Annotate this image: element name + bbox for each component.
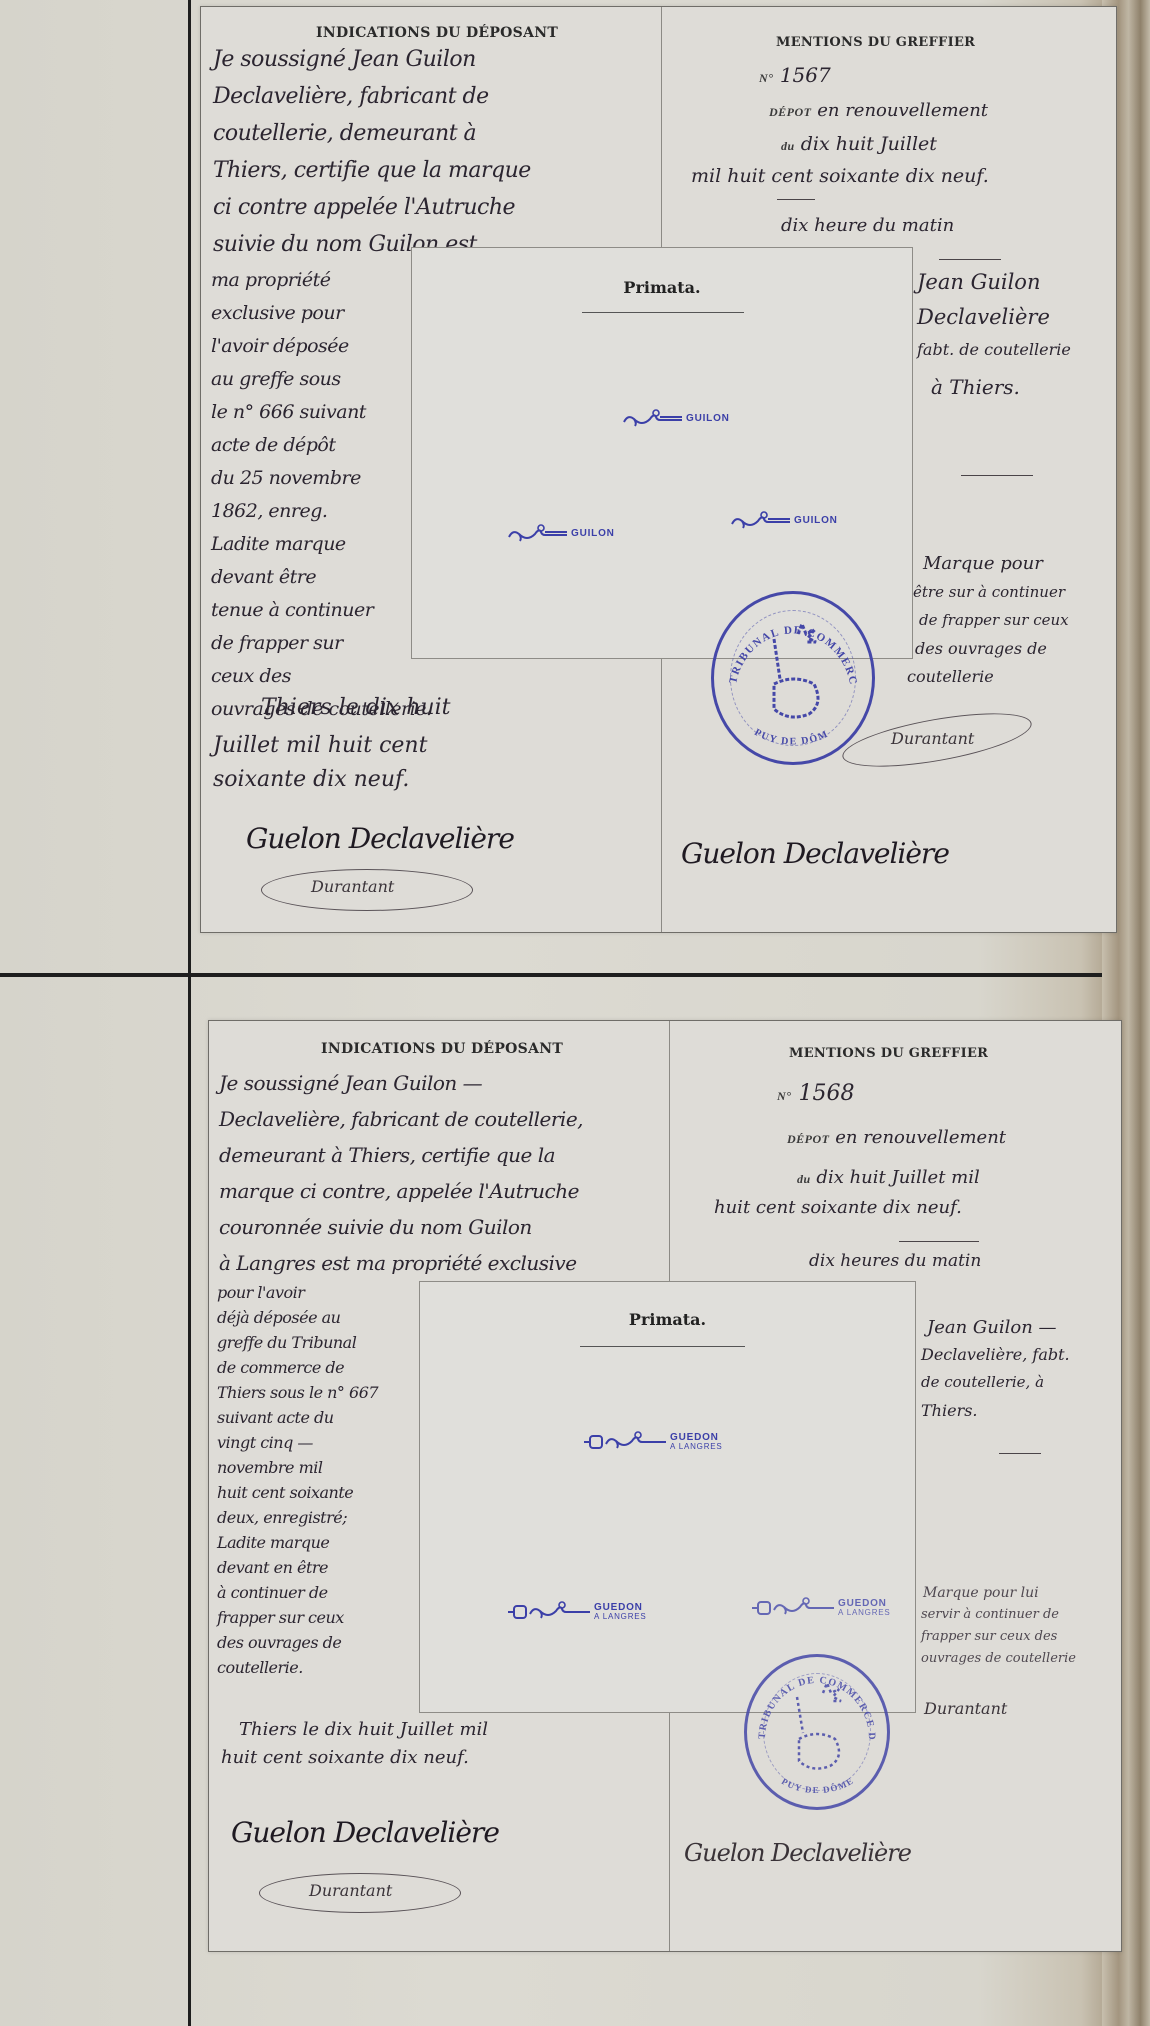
crowned-ostrich-trademark-icon [750, 1596, 836, 1620]
depositor-line: Je soussigné Jean Guilon [213, 47, 531, 84]
separator-rule [999, 1453, 1041, 1454]
place-date-line: soixante dix neuf. [213, 769, 409, 791]
ostrich-trademark-icon [730, 510, 792, 532]
depositor-line: devant être [211, 566, 432, 599]
mark-note-line: coutellerie [907, 669, 994, 685]
depositor-line: devant en être [217, 1558, 378, 1583]
mark-note-line: de frapper sur ceux [919, 613, 1069, 628]
clerk-paraphe: Durantant [924, 1699, 1007, 1718]
depositor-line: novembre mil [217, 1458, 378, 1483]
mark-note-line: ouvrages de coutellerie [921, 1652, 1076, 1665]
trademark-impression: GUILON [730, 510, 838, 532]
separator-rule [777, 199, 815, 200]
deposit-time: dix heures du matin [809, 1253, 981, 1270]
trademark-text: GUILON [794, 516, 838, 526]
trademark-text: GUILON [686, 414, 730, 424]
depositor-line: Ladite marque [217, 1533, 378, 1558]
place-date-line: Thiers le dix huit Juillet mil [239, 1721, 488, 1739]
depositor-line: Thiers, certifie que la marque [213, 158, 531, 195]
trademark-impression: GUILON [507, 523, 615, 545]
depositor-line: demeurant à Thiers, certifie que la [219, 1143, 583, 1179]
seal-liberty-figure-icon: TRIBUNAL DE COMMERCE DE THIERS PUY DE DÔ… [747, 1657, 887, 1807]
depositor-line: 1862, enreg. [211, 500, 432, 533]
deposit-type: en renouvellement [817, 100, 988, 121]
depositor-text-top: Je soussigné Jean Guilon Declavelière, f… [213, 47, 531, 269]
clerk-paraphe: Durantant [891, 729, 974, 748]
primata-title: Primata. [412, 278, 912, 297]
trademark-impression: GUILON [622, 408, 730, 430]
tribunal-seal: TRIBUNAL DE COMMERCE DE THIERS PUY DE DÔ… [744, 1654, 890, 1810]
ostrich-trademark-icon [507, 523, 569, 545]
deposit-form-1567: INDICATIONS DU DÉPOSANT MENTIONS DU GREF… [200, 6, 1117, 933]
depositor-line: Ladite marque [211, 533, 432, 566]
date-label: du [781, 139, 795, 153]
depositor-line: de commerce de [217, 1358, 378, 1383]
seal-text-top: TRIBUNAL DE COMMERCE DE THIERS [714, 594, 859, 687]
depositor-text-narrow: pour l'avoir déjà déposée au greffe du T… [217, 1283, 378, 1683]
depositor-line: ceux des [211, 665, 432, 698]
depositor-paraphe: Durantant [311, 877, 394, 896]
deposit-date-line-2: huit cent soixante dix neuf. [714, 1199, 962, 1217]
ledger-entry-divider [0, 973, 1110, 977]
mark-note-line: servir à continuer de [921, 1608, 1059, 1621]
place-date-line: Juillet mil huit cent [213, 735, 427, 757]
depositor-line: des ouvrages de [217, 1633, 378, 1658]
depositor-text-narrow: ma propriété exclusive pour l'avoir dépo… [211, 269, 432, 731]
seal-text-bottom: PUY DE DÔME [780, 1775, 856, 1795]
depositor-line: couronnée suivie du nom Guilon [219, 1215, 583, 1251]
depositor-line: marque ci contre, appelée l'Autruche [219, 1179, 583, 1215]
deposit-date-line-2: mil huit cent soixante dix neuf. [691, 167, 989, 186]
trademark-impression: GUEDONA LANGRES [506, 1600, 647, 1624]
depositor-line: ma propriété [211, 269, 432, 302]
depositor-text-top: Je soussigné Jean Guilon — Declavelière,… [219, 1071, 583, 1287]
depositor-line: tenue à continuer [211, 599, 432, 632]
depositor-line: déjà déposée au [217, 1308, 378, 1333]
deposit-label: DÉPOT [787, 1132, 830, 1146]
svg-text:TRIBUNAL DE COMMERCE DE THIERS: TRIBUNAL DE COMMERCE DE THIERS [747, 1657, 877, 1741]
depositor-line: deux, enregistré; [217, 1508, 378, 1533]
mark-note-line: frapper sur ceux des [921, 1630, 1057, 1643]
deposit-date-1: dix huit Juillet [801, 133, 937, 155]
place-date-line: Thiers le dix huit [261, 697, 450, 719]
separator-rule [939, 259, 1001, 260]
depositor-line: acte de dépôt [211, 434, 432, 467]
depositor-heading: INDICATIONS DU DÉPOSANT [321, 1041, 563, 1057]
deposit-form-1568: INDICATIONS DU DÉPOSANT MENTIONS DU GREF… [208, 1020, 1122, 1952]
trademark-text: GUILON [571, 529, 615, 539]
trademark-subtext: A LANGRES [670, 1443, 723, 1451]
depositor-line: Je soussigné Jean Guilon — [219, 1071, 583, 1107]
depositor-line: Declavelière, fabricant de coutellerie, [219, 1107, 583, 1143]
register-page: INDICATIONS DU DÉPOSANT MENTIONS DU GREF… [0, 0, 1150, 2026]
separator-rule [899, 1241, 979, 1242]
ledger-margin-rule [188, 0, 191, 2026]
depositor-line: l'avoir déposée [211, 335, 432, 368]
depositor-line: suivant acte du [217, 1408, 378, 1433]
depositor-line: huit cent soixante [217, 1483, 378, 1508]
primata-title-rule [582, 312, 744, 313]
clerk-depositor-line: Jean Guilon [917, 272, 1040, 293]
svg-text:PUY DE DÔME: PUY DE DÔME [780, 1775, 856, 1795]
number-label: N° [777, 1089, 791, 1103]
clerk-depositor-line: de coutellerie, à [921, 1375, 1044, 1390]
clerk-depositor-line: Jean Guilon — [927, 1319, 1057, 1337]
seal-liberty-figure-icon: TRIBUNAL DE COMMERCE DE THIERS PUY DE DÔ… [714, 594, 872, 762]
ostrich-trademark-icon [622, 408, 684, 430]
mark-note-line: des ouvrages de [915, 641, 1047, 657]
clerk-heading: MENTIONS DU GREFFIER [789, 1046, 988, 1061]
primata-title: Primata. [420, 1310, 915, 1329]
depositor-signature: Guelon Declavelière [246, 822, 514, 855]
separator-rule [961, 475, 1033, 476]
deposit-number: 1568 [798, 1081, 854, 1106]
tribunal-seal: TRIBUNAL DE COMMERCE DE THIERS PUY DE DÔ… [711, 591, 875, 765]
depositor-line: Declavelière, fabricant de [213, 84, 531, 121]
depositor-line: à continuer de [217, 1583, 378, 1608]
depositor-line: du 25 novembre [211, 467, 432, 500]
clerk-number: N° 1567 [759, 65, 831, 85]
date-label: du [797, 1172, 811, 1186]
depositor-signature: Guelon Declavelière [231, 1816, 499, 1849]
depositor-line: frapper sur ceux [217, 1608, 378, 1633]
deposit-label: DÉPOT [769, 105, 812, 119]
depositor-line: Thiers sous le n° 667 [217, 1383, 378, 1408]
depositor-heading: INDICATIONS DU DÉPOSANT [316, 25, 558, 41]
deposit-time: dix heure du matin [781, 217, 954, 235]
depositor-line: de frapper sur [211, 632, 432, 665]
depositor-line: ci contre appelée l'Autruche [213, 195, 531, 232]
depositor-line: greffe du Tribunal [217, 1333, 378, 1358]
crowned-ostrich-trademark-icon [506, 1600, 592, 1624]
clerk-depositor-line: fabt. de coutellerie [917, 342, 1071, 358]
depositor-paraphe: Durantant [309, 1881, 392, 1900]
trademark-impression: GUEDONA LANGRES [582, 1430, 723, 1454]
clerk-depositor-line: Declavelière, fabt. [921, 1347, 1070, 1363]
mark-note-line: Marque pour [923, 555, 1043, 573]
clerk-depositor-line: Thiers. [921, 1403, 978, 1419]
deposit-date-line: du dix huit Juillet [781, 135, 937, 154]
clerk-depositor-line: à Thiers. [931, 377, 1020, 397]
clerk-column-signature: Guelon Declavelière [681, 837, 949, 870]
trademark-specimen-box: Primata. GUEDONA LANGRES GUEDONA LANGRES… [419, 1281, 916, 1713]
trademark-subtext: A LANGRES [838, 1609, 891, 1617]
clerk-depositor-line: Declavelière [917, 307, 1050, 328]
number-label: N° [759, 71, 773, 85]
deposit-date-line: du dix huit Juillet mil [797, 1169, 980, 1187]
clerk-column-signature: Guelon Declavelière [684, 1839, 911, 1867]
mark-note-line: être sur à continuer [913, 585, 1065, 600]
crowned-ostrich-trademark-icon [582, 1430, 668, 1454]
trademark-subtext: A LANGRES [594, 1613, 647, 1621]
depositor-line: pour l'avoir [217, 1283, 378, 1308]
deposit-type-line: DÉPOT en renouvellement [787, 1129, 1006, 1147]
deposit-date-1: dix huit Juillet mil [816, 1167, 979, 1188]
depositor-line: exclusive pour [211, 302, 432, 335]
depositor-line: coutellerie, demeurant à [213, 121, 531, 158]
seal-text-top: TRIBUNAL DE COMMERCE DE THIERS [747, 1657, 877, 1741]
deposit-type-line: DÉPOT en renouvellement [769, 102, 988, 120]
depositor-line: coutellerie. [217, 1658, 378, 1683]
depositor-line: le n° 666 suivant [211, 401, 432, 434]
depositor-line: vingt cinq — [217, 1433, 378, 1458]
primata-title-rule [580, 1346, 745, 1347]
mark-note-line: Marque pour lui [923, 1586, 1039, 1600]
deposit-number: 1567 [780, 63, 831, 87]
clerk-heading: MENTIONS DU GREFFIER [776, 35, 975, 50]
depositor-line: au greffe sous [211, 368, 432, 401]
svg-text:TRIBUNAL DE COMMERCE DE THIERS: TRIBUNAL DE COMMERCE DE THIERS [714, 594, 859, 687]
place-date-line: huit cent soixante dix neuf. [221, 1749, 469, 1767]
clerk-number: N° 1568 [777, 1083, 854, 1105]
trademark-impression: GUEDONA LANGRES [750, 1596, 891, 1620]
deposit-type: en renouvellement [835, 1127, 1006, 1148]
